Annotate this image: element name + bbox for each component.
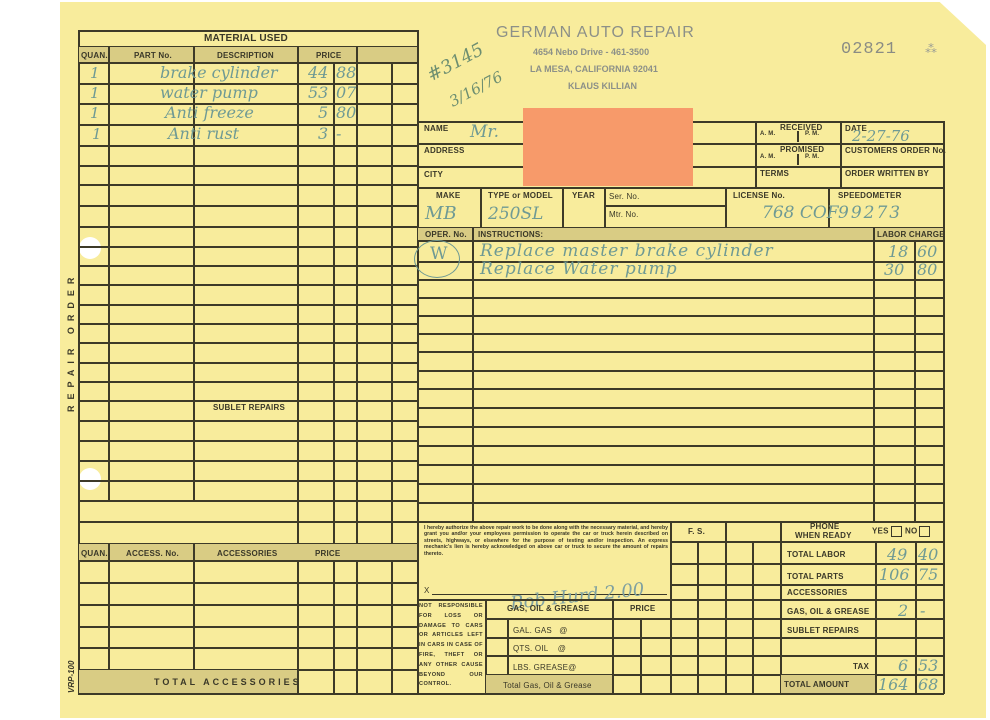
grid-line: [670, 521, 672, 694]
grid-line: [612, 599, 614, 694]
binder-hole: [79, 237, 101, 259]
grid-line: [480, 187, 482, 227]
year-label: YEAR: [572, 191, 595, 200]
grid-line: [78, 30, 418, 32]
grid-line: [485, 618, 670, 620]
model-label: TYPE or MODEL: [488, 191, 553, 200]
grid-line: [297, 46, 299, 694]
grid-line: [78, 647, 418, 649]
yes-checkbox: [891, 526, 902, 537]
grid-line: [417, 599, 670, 601]
grid-line: [797, 154, 799, 165]
grid-line: [78, 342, 418, 344]
grid-line: [417, 464, 944, 466]
grid-line: [417, 315, 944, 317]
grid-line: [356, 46, 358, 694]
grid-line: [417, 333, 944, 335]
grid-line: [78, 304, 418, 306]
fs-label: F. S.: [688, 527, 705, 536]
grid-line: [193, 543, 195, 669]
acc-col-quan: QUAN.: [81, 549, 108, 558]
grid-line: [485, 655, 670, 657]
grid-line: [417, 370, 944, 372]
mtr-no-label: Mtr. No.: [609, 210, 639, 219]
col-description: DESCRIPTION: [217, 51, 274, 60]
grid-line: [417, 351, 944, 353]
grid-line: [78, 400, 418, 402]
grid-line: [417, 279, 944, 281]
grid-line: [755, 121, 757, 187]
name-label: NAME: [424, 124, 448, 133]
material-used-title: MATERIAL USED: [204, 33, 288, 44]
binder-hole: [79, 468, 101, 490]
grid-line: [78, 693, 418, 695]
grid-line: [78, 362, 418, 364]
grid-line: [78, 626, 418, 628]
order-written-label: ORDER WRITTEN BY: [845, 169, 929, 178]
instructions-label: INSTRUCTIONS:: [478, 230, 543, 239]
grid-line: [78, 165, 418, 167]
grid-line: [78, 226, 418, 228]
license-value: 768 COF: [762, 203, 839, 223]
model-value: 250SL: [488, 204, 543, 224]
grid-line: [78, 560, 418, 562]
grid-line: [485, 637, 670, 639]
company-name: GERMAN AUTO REPAIR: [496, 24, 695, 42]
company-address: 4654 Nebo Drive - 461-3500: [533, 47, 649, 57]
grid-line: [78, 323, 418, 325]
grid-line: [417, 297, 944, 299]
grid-line: [417, 483, 944, 485]
grid-line: [78, 381, 418, 383]
grid-line: [604, 205, 726, 207]
liability-disclaimer: NOT RESPONSIBLE FOR LOSS OR DAMAGE TO CA…: [419, 602, 483, 690]
grid-line: [108, 46, 110, 501]
oper-mark: W: [430, 244, 447, 264]
lbs-grease-label: LBS. GREASE@: [513, 663, 576, 672]
form-code: VRP-100: [67, 661, 76, 693]
grid-line: [417, 388, 944, 390]
col-price: PRICE: [316, 51, 341, 60]
grid-line: [78, 145, 418, 147]
gas-price-label: PRICE: [630, 604, 655, 613]
grid-line: [78, 184, 418, 186]
grid-line: [417, 693, 944, 695]
grid-line: [472, 227, 474, 521]
grid-line: [797, 131, 799, 142]
make-label: MAKE: [436, 191, 460, 200]
grid-line: [725, 521, 727, 694]
grid-line: [507, 618, 509, 674]
grid-line: [670, 637, 944, 639]
speedometer-label: SPEEDOMETER: [838, 191, 902, 200]
phone-label: PHONE: [810, 522, 839, 531]
grid-line: [670, 584, 944, 586]
grid-line: [417, 187, 944, 189]
acc-col-access-no: ACCESS. No.: [126, 549, 179, 558]
acc-col-price: PRICE: [315, 549, 340, 558]
grid-line: [78, 265, 418, 267]
qts-oil-label: QTS. OIL @: [513, 644, 566, 653]
grid-line: [417, 445, 944, 447]
grid-line: [108, 543, 110, 669]
oper-no-label: OPER. No.: [425, 230, 467, 239]
grid-line: [78, 205, 418, 207]
date-value: 2-27-76: [852, 127, 910, 145]
total-accessories-label: TOTAL ACCESSORIES: [154, 677, 302, 687]
terms-label: TERMS: [760, 169, 789, 178]
grid-line: [417, 426, 944, 428]
grid-line: [78, 460, 418, 462]
sublet-repairs-label: SUBLET REPAIRS: [213, 403, 285, 412]
make-value: MB: [425, 203, 457, 224]
address-label: ADDRESS: [424, 146, 465, 155]
grid-line: [840, 121, 842, 187]
side-label: REPAIR ORDER: [66, 272, 76, 412]
phone-when-ready-label: WHEN READY: [795, 531, 852, 540]
grid-line: [78, 284, 418, 286]
grid-line: [78, 440, 418, 442]
material-description: Anti rust: [168, 124, 239, 143]
grid-line: [417, 407, 944, 409]
phone-yes-option[interactable]: YES: [872, 526, 902, 537]
col-part-no: PART No.: [134, 51, 172, 60]
grid-line: [914, 240, 916, 521]
no-checkbox: [919, 526, 930, 537]
grid-line: [725, 187, 727, 227]
grid-line: [670, 541, 944, 543]
ser-no-label: Ser. No.: [609, 192, 640, 201]
grid-line: [417, 502, 944, 504]
grid-line: [78, 246, 418, 248]
grid-line: [78, 420, 418, 422]
grid-line: [391, 62, 393, 694]
grid-line: [333, 62, 335, 694]
signature-prefix: X: [424, 586, 430, 595]
grid-line: [78, 124, 418, 126]
grid-line: [78, 604, 418, 606]
perforation-mark-icon: ⁂: [925, 42, 937, 56]
material-description: Anti freeze: [165, 103, 254, 122]
grid-line: [604, 187, 606, 227]
company-owner: KLAUS KILLIAN: [568, 81, 637, 91]
gal-gas-label: GAL. GAS @: [513, 626, 568, 635]
customers-order-label: CUSTOMERS ORDER No.: [845, 146, 946, 155]
col-quan: QUAN.: [81, 51, 108, 60]
city-label: CITY: [424, 170, 443, 179]
authorization-text: I hereby authorize the above repair work…: [424, 525, 668, 557]
grid-line: [417, 521, 944, 523]
phone-no-option[interactable]: NO: [905, 526, 930, 537]
grid-line: [780, 521, 782, 694]
total-gas-oil-grease-label: Total Gas, Oil & Grease: [503, 681, 592, 690]
redaction-sticker: [523, 108, 693, 186]
customer-name: Mr.: [470, 122, 499, 142]
grid-line: [78, 582, 418, 584]
acc-col-accessories: ACCESSORIES: [217, 549, 277, 558]
grid-line: [78, 500, 418, 502]
material-description: water pump: [160, 83, 258, 102]
speedometer-value: 99273: [838, 203, 902, 223]
labor-charge-label: LABOR CHARGE: [877, 230, 945, 239]
grid-line: [78, 521, 418, 523]
order-number: 02821: [841, 40, 897, 59]
grid-line: [562, 187, 564, 227]
promised-label: PROMISED: [780, 145, 824, 154]
license-label: LICENSE No.: [733, 191, 785, 200]
material-description: brake cylinder: [160, 63, 278, 82]
grid-line: [78, 480, 418, 482]
grid-line: [873, 227, 875, 521]
gas-oil-grease-header: GAS, OIL & GREASE: [507, 604, 589, 613]
company-city: LA MESA, CALIFORNIA 92041: [530, 64, 658, 74]
